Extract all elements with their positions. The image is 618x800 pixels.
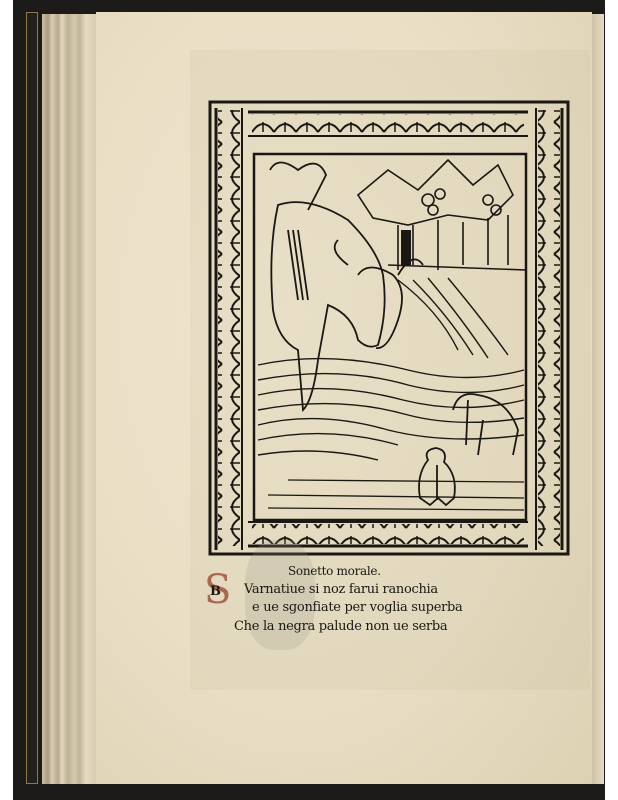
woodcut-illustration — [208, 100, 570, 556]
page-edges — [42, 14, 96, 784]
facing-page-edge — [592, 14, 604, 784]
text-line-3: Che la negra palude non ue serba — [234, 619, 447, 634]
guide-letter: B — [210, 584, 221, 599]
woodcut-image — [208, 100, 570, 556]
text-line-2: e ue sgonfiate per voglia superba — [252, 600, 463, 615]
binding-gilt-line — [26, 12, 38, 784]
text-line-1: Varnatiue si noz farui ranochia — [244, 582, 438, 597]
sonnet-title: Sonetto morale. — [288, 564, 381, 578]
